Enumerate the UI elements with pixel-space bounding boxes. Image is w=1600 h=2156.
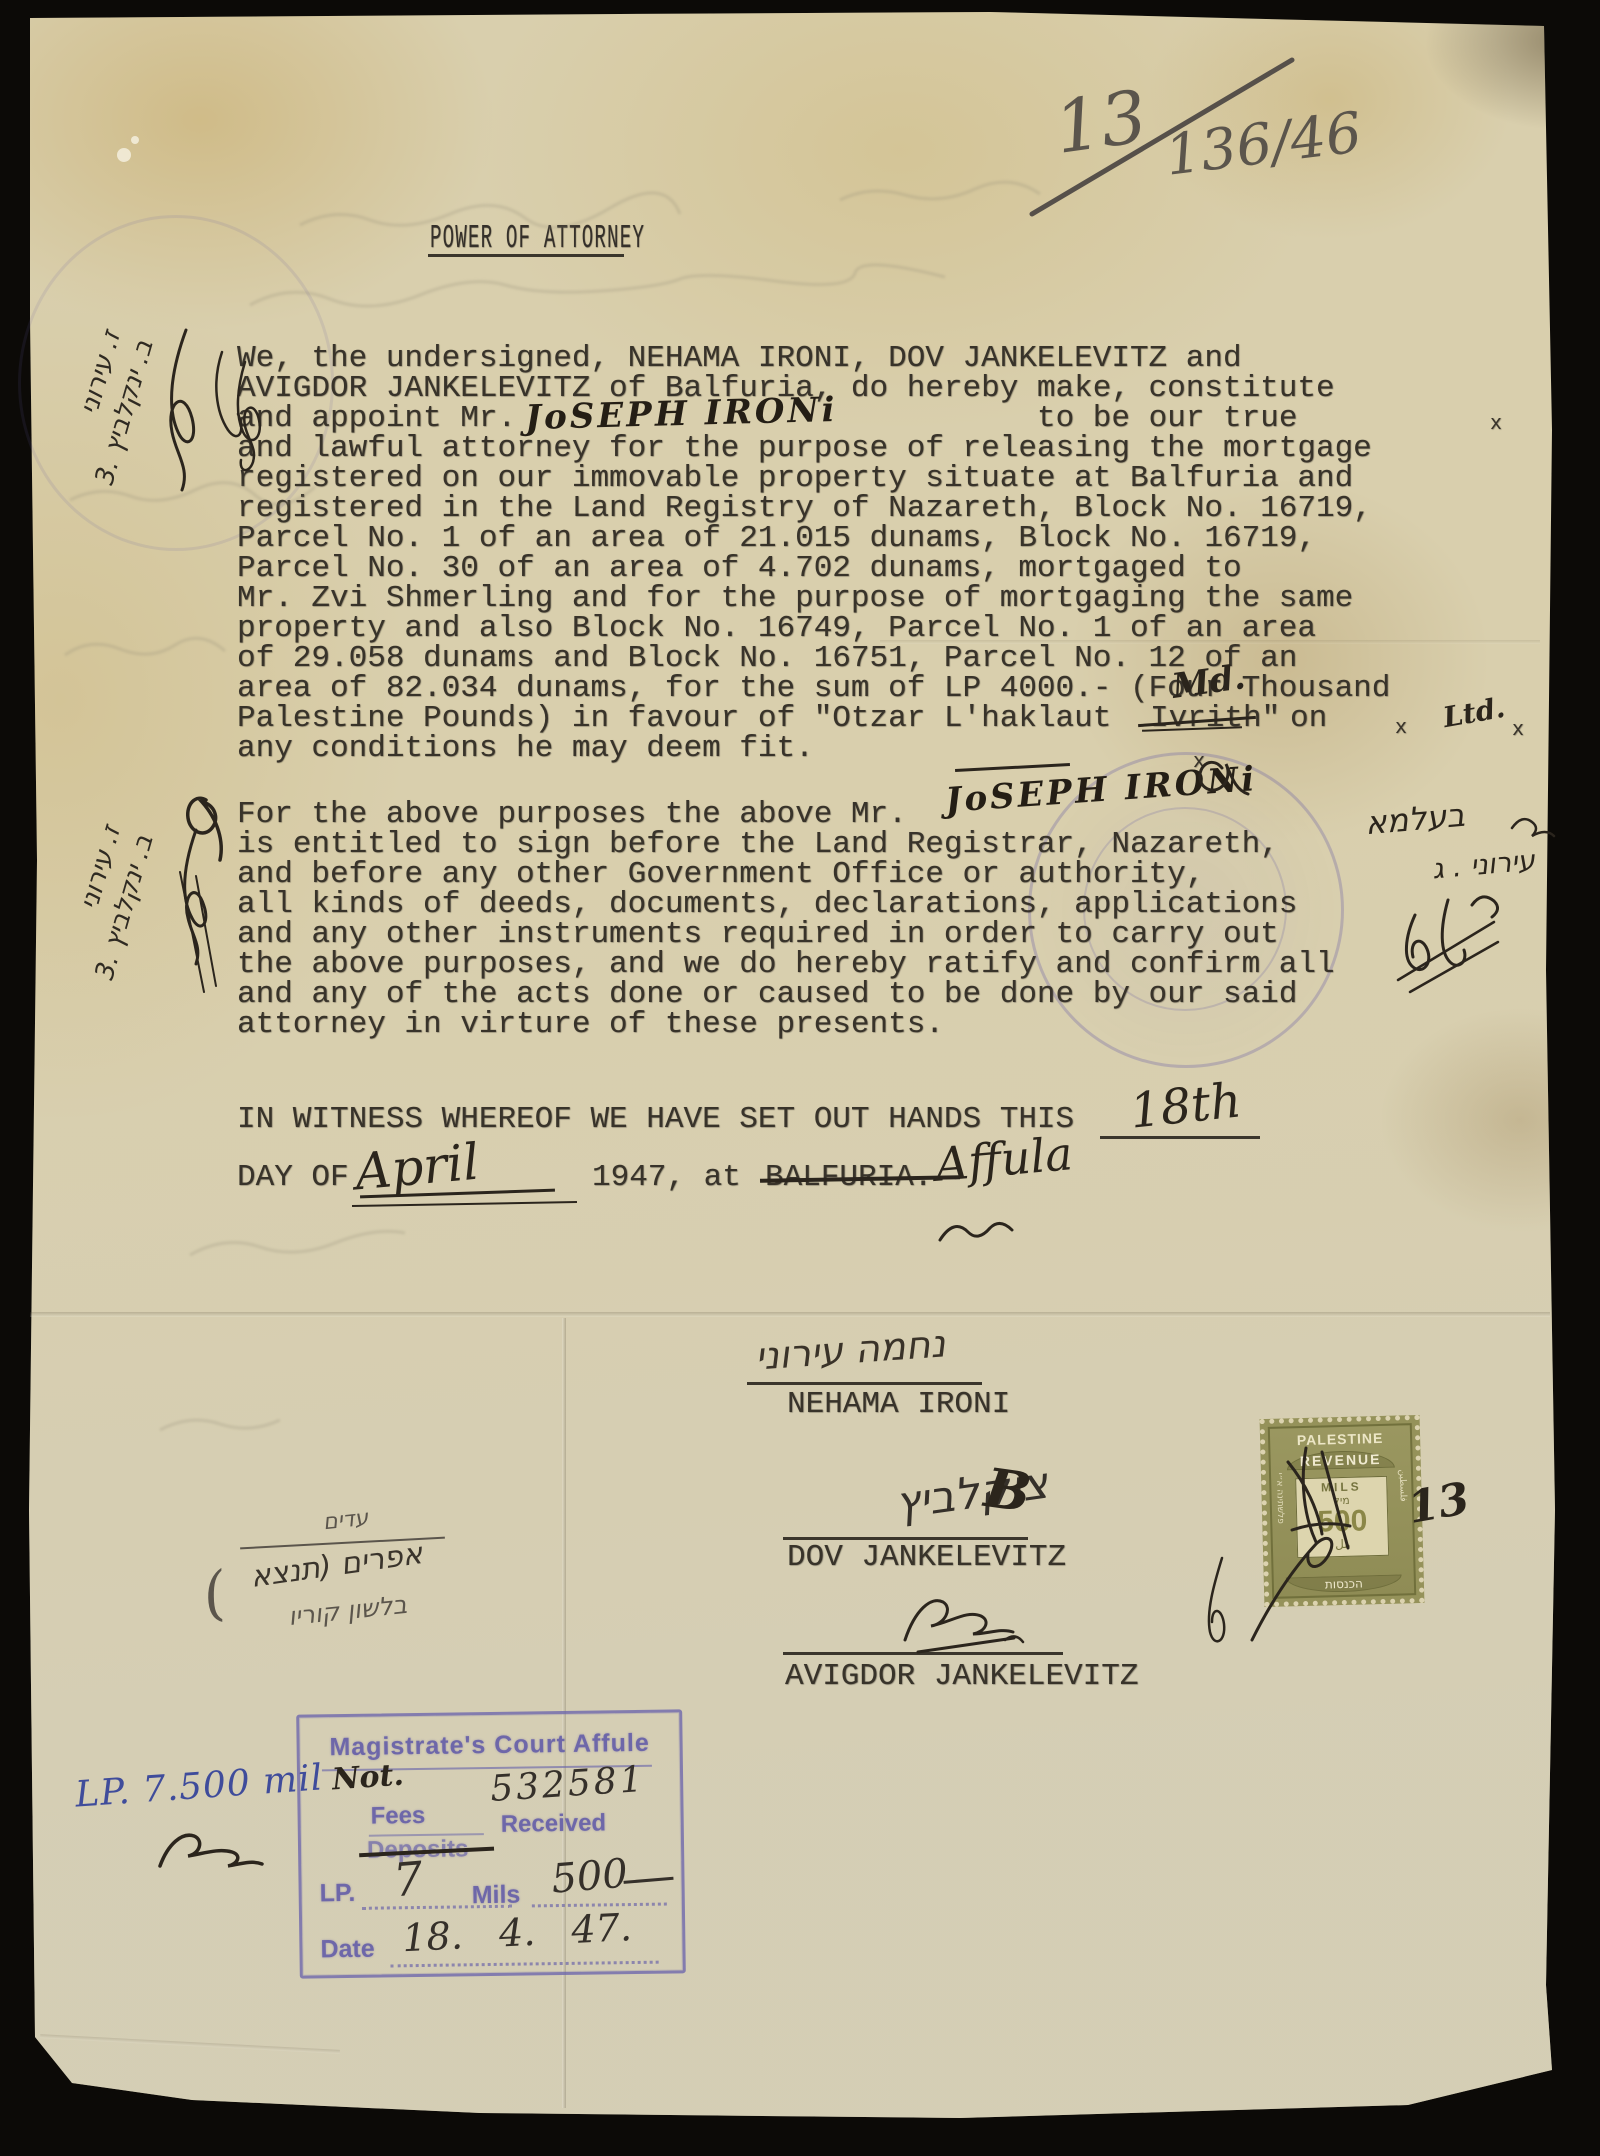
paragraph2-body: is entitled to sign before the Land Regi… <box>237 830 1335 1040</box>
handwritten-number-on-stamp: 13 <box>1404 1473 1473 1534</box>
signatory-name-3: AVIGDOR JANKELEVITZ <box>785 1662 1138 1692</box>
paper-hole <box>117 148 131 162</box>
appoint-line-prefix: and appoint Mr. <box>237 404 516 434</box>
year-at-text: 1947, at <box>592 1163 741 1193</box>
court-stamp-title: Magistrate's Court Affule <box>313 1729 665 1763</box>
pencil-note-small: עדים <box>322 1506 370 1536</box>
receipt-number: 532581 <box>489 1759 647 1810</box>
date-value-handwritten: 18. 4. 47. <box>401 1905 632 1960</box>
mils-value-handwritten: 500 <box>550 1851 630 1903</box>
revenue-stamp-country: PALESTINE <box>1270 1429 1410 1449</box>
revenue-stamp-unit-arabic: مل <box>1298 1536 1388 1552</box>
received-label: Received <box>501 1809 607 1838</box>
paragraph2-prefix: For the above purposes the above Mr. <box>237 800 907 830</box>
mils-label: Mils <box>472 1881 521 1911</box>
revenue-stamp-bottom-text: הכנסות <box>1286 1574 1402 1593</box>
lp-value-handwritten: 7 <box>391 1851 425 1907</box>
x-mark-favour-line: x <box>1395 714 1407 744</box>
favour-line-prefix: Palestine Pounds) in favour of "Otzar L'… <box>237 704 1111 734</box>
signature-line-3 <box>783 1652 1063 1655</box>
signatory-name-2: DOV JANKELEVITZ <box>787 1543 1066 1573</box>
paper-hole-small <box>131 136 139 144</box>
date-label: Date <box>320 1935 375 1965</box>
signatory-name-1: NEHAMA IRONI <box>787 1390 1010 1420</box>
title-underline <box>428 254 624 257</box>
revenue-stamp-value: 500 <box>1297 1506 1388 1538</box>
favour-line-suffix: on <box>1290 704 1327 734</box>
signature-line-1 <box>747 1382 982 1385</box>
document-scan: 13 136/46 POWER OF ATTORNEY We, the unde… <box>0 0 1600 2156</box>
x-mark-after-ltd: x <box>1512 716 1524 746</box>
revenue-stamp-center-panel: MILS מיל 500 مل <box>1295 1476 1389 1558</box>
day-handwritten: 18th <box>1127 1072 1244 1139</box>
appoint-line-suffix: to be our true <box>1037 404 1297 434</box>
fees-label: Fees <box>370 1802 425 1831</box>
witness-clause: IN WITNESS WHEREOF WE HAVE SET OUT HANDS… <box>237 1105 1074 1135</box>
x-mark-appoint-line: x <box>1490 410 1502 440</box>
notation-abbrev: Not. <box>331 1758 405 1798</box>
day-blank-underline <box>1100 1136 1260 1139</box>
x-mark-paragraph2: x <box>1193 748 1205 778</box>
reference-number-part1: 13 <box>1050 74 1152 170</box>
court-fee-stamp: Magistrate's Court Affule 532581 Fees Re… <box>296 1709 686 1978</box>
revenue-stamp-side-left: פלשתינה א״י <box>1274 1473 1285 1524</box>
lp-label: LP. <box>319 1879 355 1908</box>
revenue-stamp: PALESTINE REVENUE MILS מיל 500 مل הכנסות… <box>1260 1415 1425 1607</box>
revenue-stamp-kind: REVENUE <box>1286 1450 1394 1471</box>
signature-initial-b: B <box>981 1455 1035 1525</box>
document-title: POWER OF ATTORNEY <box>430 220 801 257</box>
paragraph1-last-line: any conditions he may deem fit. <box>237 734 814 764</box>
revenue-stamp-frame: PALESTINE REVENUE MILS מיל 500 مل הכנסות… <box>1268 1423 1416 1599</box>
horizontal-fold-crease <box>30 1312 1550 1317</box>
date-dotted-line <box>391 1961 659 1968</box>
day-of-label: DAY OF <box>237 1163 349 1193</box>
mils-value-dash <box>623 1877 673 1884</box>
